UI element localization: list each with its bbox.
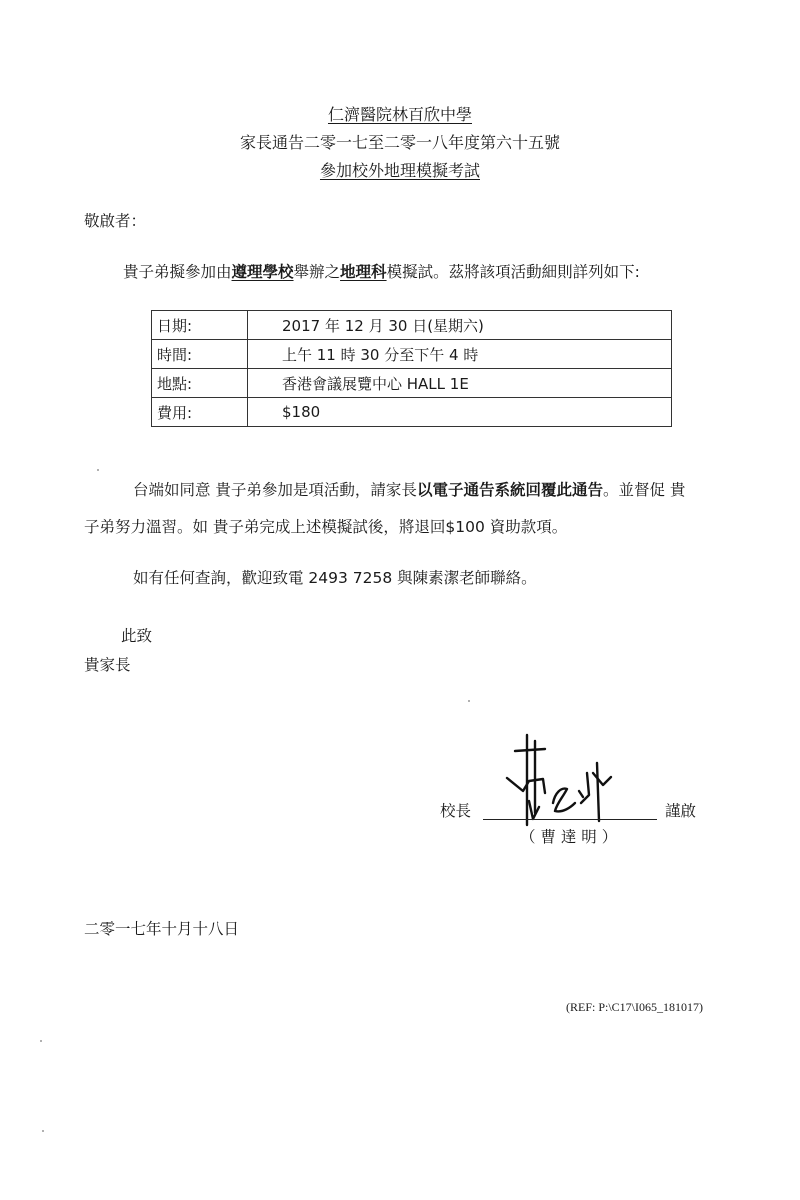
intro-text-3: 模擬試。茲將該項活動細則詳列如下: [387, 263, 640, 281]
closing-line2: 貴家長 [84, 655, 131, 675]
row-label: 時間: [152, 340, 248, 369]
school-name: 仁濟醫院林百欣中學 [0, 105, 800, 125]
table-row: 日期: 2017 年 12 月 30 日(星期六) [152, 311, 672, 340]
consent-text-2: 。並督促 貴 [603, 481, 685, 499]
inquiry-paragraph: 如有任何查詢，歡迎致電 2493 7258 與陳素潔老師聯絡。 [133, 568, 537, 588]
scan-speck [40, 1040, 42, 1042]
signature-line [483, 819, 657, 820]
scan-speck [468, 700, 470, 702]
signature-image [505, 733, 615, 828]
row-label: 費用: [152, 398, 248, 427]
details-table: 日期: 2017 年 12 月 30 日(星期六) 時間: 上午 11 時 30… [151, 310, 672, 427]
row-value: 香港會議展覽中心 HALL 1E [248, 369, 672, 398]
table-row: 時間: 上午 11 時 30 分至下午 4 時 [152, 340, 672, 369]
consent-text-1: 台端如同意 貴子弟參加是項活動，請家長 [133, 481, 417, 499]
row-value: 2017 年 12 月 30 日(星期六) [248, 311, 672, 340]
row-value: $180 [248, 398, 672, 427]
table-row: 地點: 香港會議展覽中心 HALL 1E [152, 369, 672, 398]
subject-name: 地理科 [340, 263, 387, 281]
consent-paragraph-line1: 台端如同意 貴子弟參加是項活動，請家長以電子通告系統回覆此通告。並督促 貴 [133, 480, 685, 500]
principal-name: （ 曹 達 明 ） [520, 827, 617, 847]
reference-code: (REF: P:\C17\I065_181017) [566, 1000, 703, 1015]
notice-number: 家長通告二零一七至二零一八年度第六十五號 [0, 133, 800, 153]
notice-subject: 參加校外地理模擬考試 [0, 161, 800, 181]
notice-date: 二零一七年十月十八日 [84, 919, 239, 939]
consent-instruction: 以電子通告系統回覆此通告 [417, 481, 603, 499]
scan-speck [97, 469, 99, 471]
sign-off: 謹啟 [665, 801, 696, 821]
salutation: 敬啟者： [84, 211, 146, 231]
principal-title: 校長 [440, 801, 471, 821]
intro-text-1: 貴子弟擬參加由 [123, 263, 232, 281]
table-row: 費用: $180 [152, 398, 672, 427]
consent-paragraph-line2: 子弟努力溫習。如 貴子弟完成上述模擬試後，將退回$100 資助款項。 [84, 517, 567, 537]
intro-text-2: 舉辦之 [294, 263, 341, 281]
closing-line1: 此致 [121, 626, 152, 646]
scan-speck [42, 1130, 44, 1132]
intro-paragraph: 貴子弟擬參加由遵理學校舉辦之地理科模擬試。茲將該項活動細則詳列如下: [123, 262, 640, 282]
row-label: 地點: [152, 369, 248, 398]
row-label: 日期: [152, 311, 248, 340]
row-value: 上午 11 時 30 分至下午 4 時 [248, 340, 672, 369]
organizer-name: 遵理學校 [232, 263, 294, 281]
